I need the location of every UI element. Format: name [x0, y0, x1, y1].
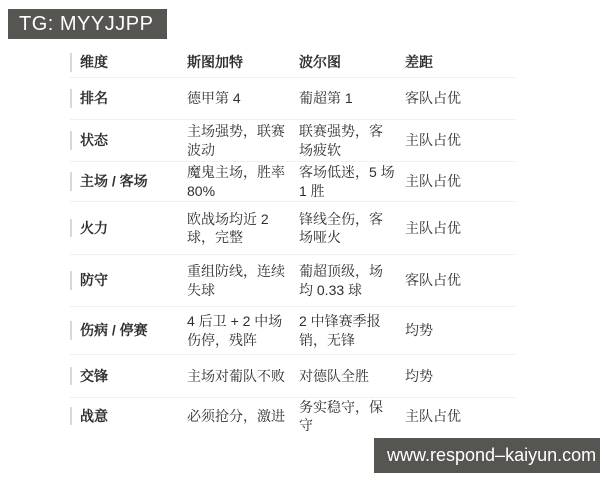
porto-cell: 葡超顶级，场均 0.33 球 [299, 262, 405, 298]
dimension-cell: 火力 [70, 219, 187, 237]
telegram-watermark-text: TG: MYYJJPP [19, 13, 153, 36]
comparison-table: 维度 斯图加特 波尔图 差距 排名 德甲第 4 葡超第 1 客队占优 状态 主场… [70, 48, 516, 432]
dimension-cell: 排名 [70, 89, 187, 107]
gap-cell: 主队占优 [405, 131, 516, 149]
dimension-label: 主场 / 客场 [70, 172, 148, 190]
dimension-label: 排名 [70, 89, 108, 107]
table-row-head-to-head: 交锋 主场对葡队不败 对德队全胜 均势 [70, 355, 516, 398]
porto-cell: 2 中锋赛季报销，无锋 [299, 312, 405, 348]
header-dimension-label: 维度 [70, 53, 108, 71]
table-row-injuries: 伤病 / 停赛 4 后卫 + 2 中场伤停，残阵 2 中锋赛季报销，无锋 均势 [70, 307, 516, 355]
dimension-label: 战意 [70, 407, 108, 425]
header-cell-dimension: 维度 [70, 53, 187, 71]
dimension-label: 防守 [70, 271, 108, 289]
dimension-label: 交锋 [70, 367, 108, 385]
site-watermark: www.respond–kaiyun.com [374, 438, 600, 473]
dimension-cell: 防守 [70, 271, 187, 289]
header-cell-porto: 波尔图 [299, 53, 405, 71]
telegram-watermark: TG: MYYJJPP [8, 9, 167, 39]
dimension-cell: 主场 / 客场 [70, 172, 187, 190]
dimension-cell: 战意 [70, 407, 187, 425]
gap-cell: 客队占优 [405, 271, 516, 289]
table-row-motivation: 战意 必须抢分，激进 务实稳守，保守 主队占优 [70, 398, 516, 432]
gap-cell: 均势 [405, 367, 516, 385]
porto-cell: 客场低迷，5 场 1 胜 [299, 163, 405, 199]
stuttgart-cell: 魔鬼主场，胜率 80% [187, 163, 299, 199]
stuttgart-cell: 主场对葡队不败 [187, 367, 299, 385]
table-row-form: 状态 主场强势，联赛波动 联赛强势，客场疲软 主队占优 [70, 120, 516, 162]
table-row-defense: 防守 重组防线，连续失球 葡超顶级，场均 0.33 球 客队占优 [70, 255, 516, 307]
stuttgart-cell: 重组防线，连续失球 [187, 262, 299, 298]
stuttgart-cell: 必须抢分，激进 [187, 407, 299, 425]
dimension-cell: 状态 [70, 131, 187, 149]
porto-cell: 务实稳守，保守 [299, 398, 405, 434]
gap-cell: 主队占优 [405, 219, 516, 237]
stuttgart-cell: 德甲第 4 [187, 89, 299, 107]
dimension-label: 火力 [70, 219, 108, 237]
dimension-label: 伤病 / 停赛 [70, 321, 148, 339]
dimension-cell: 交锋 [70, 367, 187, 385]
porto-cell: 联赛强势，客场疲软 [299, 122, 405, 158]
porto-cell: 对德队全胜 [299, 367, 405, 385]
stuttgart-cell: 4 后卫 + 2 中场伤停，残阵 [187, 312, 299, 348]
table-row-home-away: 主场 / 客场 魔鬼主场，胜率 80% 客场低迷，5 场 1 胜 主队占优 [70, 162, 516, 202]
site-watermark-text: www.respond–kaiyun.com [387, 445, 596, 466]
porto-cell: 葡超第 1 [299, 89, 405, 107]
gap-cell: 主队占优 [405, 407, 516, 425]
dimension-cell: 伤病 / 停赛 [70, 321, 187, 339]
table-header-row: 维度 斯图加特 波尔图 差距 [70, 48, 516, 78]
gap-cell: 均势 [405, 321, 516, 339]
stuttgart-cell: 欧战场均近 2 球，完整 [187, 210, 299, 246]
header-cell-gap: 差距 [405, 53, 516, 71]
table-row-ranking: 排名 德甲第 4 葡超第 1 客队占优 [70, 78, 516, 120]
porto-cell: 锋线全伤，客场哑火 [299, 210, 405, 246]
dimension-label: 状态 [70, 131, 108, 149]
gap-cell: 主队占优 [405, 172, 516, 190]
stuttgart-cell: 主场强势，联赛波动 [187, 122, 299, 158]
header-cell-stuttgart: 斯图加特 [187, 53, 299, 71]
table-row-firepower: 火力 欧战场均近 2 球，完整 锋线全伤，客场哑火 主队占优 [70, 202, 516, 255]
gap-cell: 客队占优 [405, 89, 516, 107]
